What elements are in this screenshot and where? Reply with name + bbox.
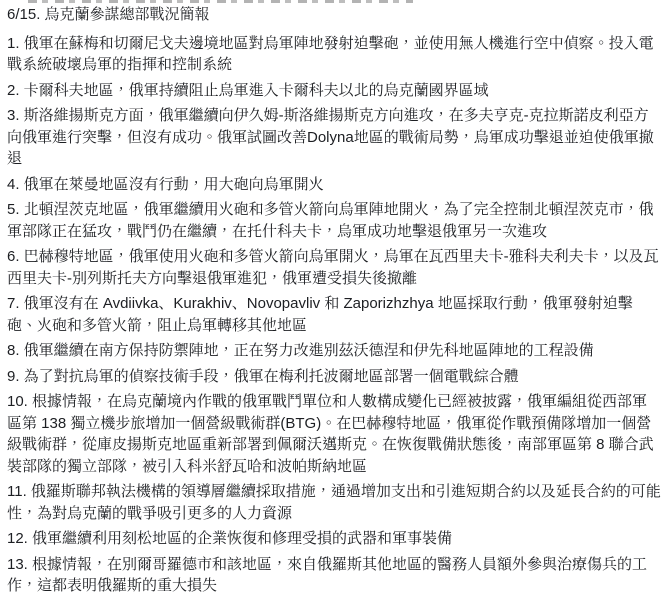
report-paragraph-11: 11. 俄羅斯聯邦執法機構的領導層繼續採取措施，通過增加支出和引進短期合約以及延… — [7, 481, 662, 524]
report-paragraph-3: 3. 斯洛維揚斯克方面，俄軍繼續向伊久姆-斯洛維揚斯克方向進攻，在多夫亨克-克拉… — [7, 105, 662, 170]
report-paragraph-7: 7. 俄軍沒有在 Avdiivka、Kurakhiv、Novopavliv 和 … — [7, 293, 662, 336]
report-paragraph-8: 8. 俄軍繼續在南方保持防禦陣地，正在努力改進別茲沃德涅和伊先科地區陣地的工程設… — [7, 340, 662, 362]
report-title: 6/15. 烏克蘭參謀總部戰況簡報 — [7, 4, 662, 26]
report-paragraph-9: 9. 為了對抗烏軍的偵察技術手段，俄軍在梅利托波爾地區部署一個電戰綜合體 — [7, 366, 662, 388]
report-paragraph-10: 10. 根據情報，在烏克蘭境內作戰的俄軍戰鬥單位和人數構成變化已經被披露，俄軍編… — [7, 391, 662, 477]
report-paragraph-2: 2. 卡爾科夫地區，俄軍持續阻止烏軍進入卡爾科夫以北的烏克蘭國界區域 — [7, 80, 662, 102]
report-paragraph-5: 5. 北頓涅茨克地區，俄軍繼續用火砲和多管火箭向烏軍陣地開火，為了完全控制北頓涅… — [7, 199, 662, 242]
war-report-document: 6/15. 烏克蘭參謀總部戰況簡報 1. 俄軍在蘇梅和切爾尼戈夫邊境地區對烏軍陣… — [0, 0, 667, 602]
report-paragraph-4: 4. 俄軍在萊曼地區沒有行動，用大砲向烏軍開火 — [7, 174, 662, 196]
report-paragraph-13: 13. 根據情報，在別爾哥羅德市和該地區，來自俄羅斯其他地區的醫務人員額外參與治… — [7, 554, 662, 597]
report-paragraph-6: 6. 巴赫穆特地區，俄軍使用火砲和多管火箭向烏軍開火，烏軍在瓦西里夫卡-雅科夫利… — [7, 246, 662, 289]
report-paragraph-1: 1. 俄軍在蘇梅和切爾尼戈夫邊境地區對烏軍陣地發射迫擊砲，並使用無人機進行空中偵… — [7, 33, 662, 76]
report-paragraph-12: 12. 俄軍繼續利用刻松地區的企業恢復和修理受損的武器和軍事裝備 — [7, 528, 662, 550]
cropped-previous-line-artifact — [28, 0, 413, 3]
